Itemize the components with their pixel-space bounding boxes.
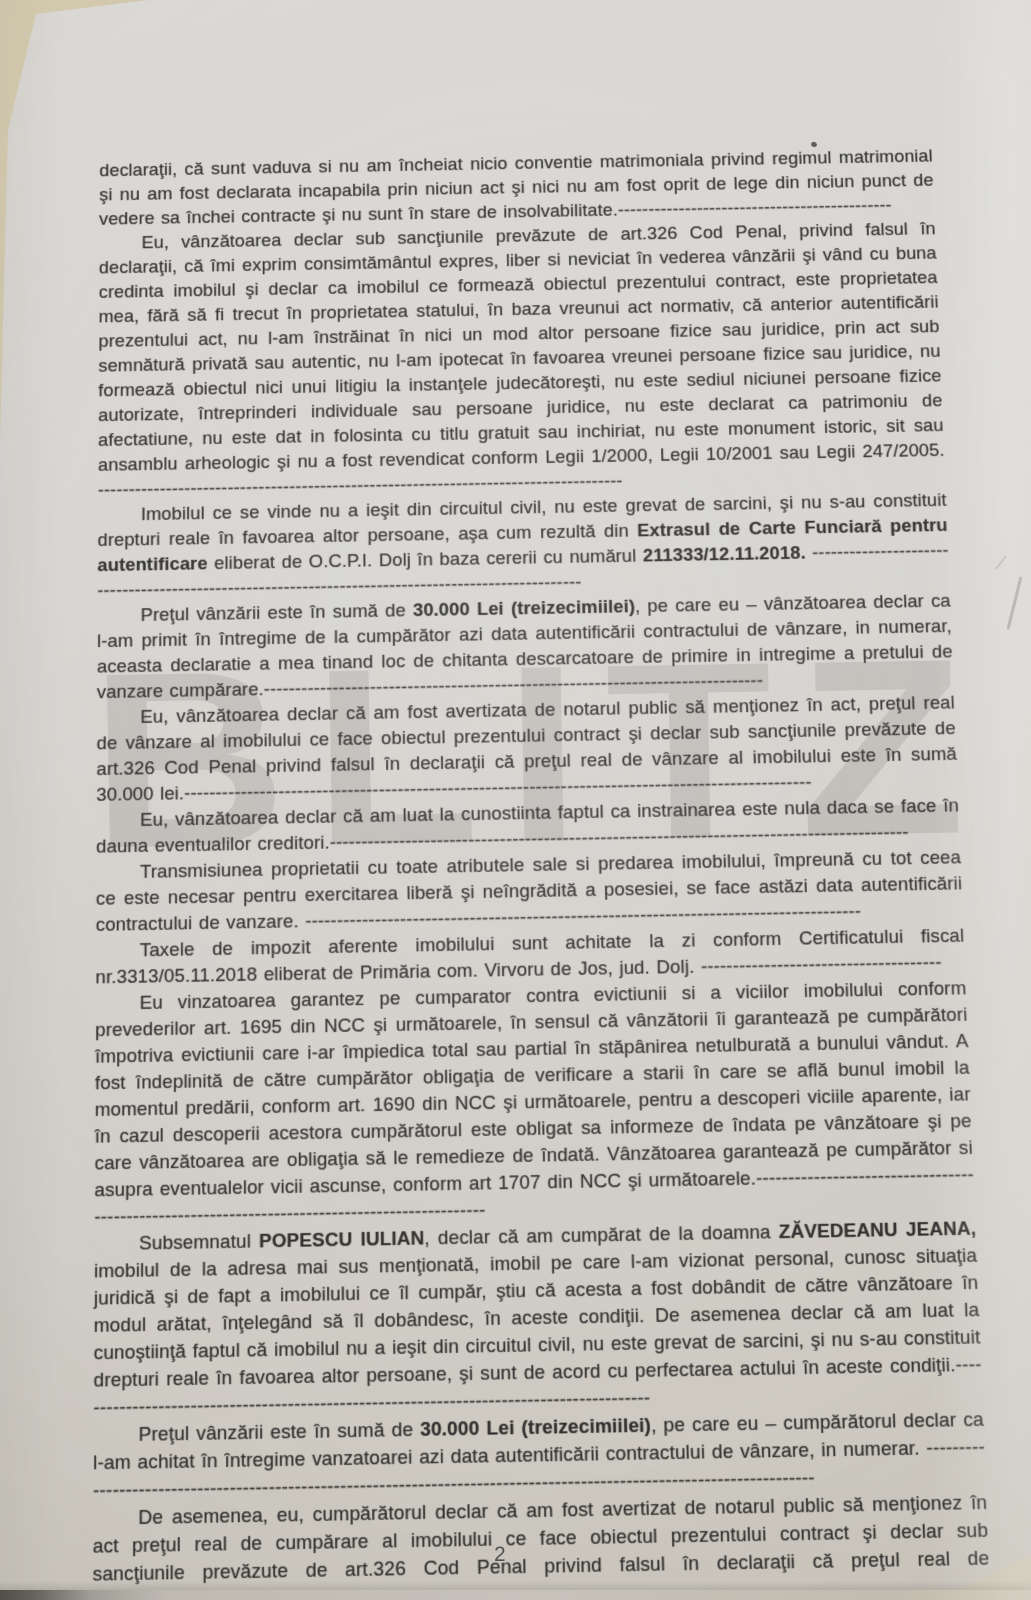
- bold-text-run: 211333/12.11.2018.: [643, 542, 806, 565]
- handwritten-margin-mark: [1007, 576, 1023, 629]
- text-run: imobilul de la adresa mai sus menţionată…: [93, 1244, 982, 1418]
- bold-text-run: POPESCU IULIAN: [259, 1227, 425, 1252]
- bold-text-run: 30.000 Lei (treizecimiilei): [413, 596, 635, 620]
- text-run: Preţul vânzării este în sumă de: [139, 1418, 421, 1445]
- text-run: eliberat de O.C.P.I. Dolj în baza cereri…: [208, 545, 644, 573]
- text-run: , declar că am cumpărat de la doamna: [424, 1221, 779, 1249]
- handwritten-margin-mark-small: [995, 555, 1007, 570]
- paragraph: Eu, vânzătoarea declar că am fost averti…: [96, 690, 958, 808]
- page-bottom-edge-shadow: [0, 1590, 1031, 1600]
- text-run: Eu vinzatoarea garantez pe cumparator co…: [94, 977, 974, 1227]
- text-run: Eu, vânzătoarea declar că am fost averti…: [96, 692, 957, 805]
- paragraph: De asemenea, eu, cumpărătorul declar că …: [92, 1489, 989, 1589]
- bold-text-run: ZĂVEDEANU JEANA,: [778, 1217, 976, 1242]
- paragraph: Eu, vânzătoarea declar sub sancţiunile p…: [98, 216, 946, 502]
- paragraph: Eu vinzatoarea garantez pe cumparator co…: [94, 975, 975, 1231]
- text-run: Eu, vânzătoarea declar sub sancţiunile p…: [98, 218, 945, 499]
- paragraph: Preţul vânzării este în sumă de 30.000 L…: [93, 1406, 987, 1505]
- document-body: declaraţii, că sunt vaduva si nu am înch…: [92, 144, 989, 1588]
- text-run: declaraţii, că sunt vaduva si nu am înch…: [99, 146, 934, 229]
- text-run: Preţul vânzării este în sumă de: [141, 600, 413, 625]
- text-run: Subsemnatul: [139, 1230, 259, 1254]
- paragraph: Subsemnatul POPESCU IULIAN, declar că am…: [93, 1215, 983, 1422]
- paragraph: Preţul vânzării este în sumă de 30.000 L…: [97, 588, 954, 705]
- bold-text-run: 30.000 Lei (treizecimiilei): [420, 1414, 651, 1440]
- page-number: 2: [494, 1543, 507, 1567]
- paragraph: Imobilul ce se vinde nu a ieşit din circ…: [97, 488, 950, 604]
- text-run: De asemenea, eu, cumpărătorul declar că …: [92, 1491, 989, 1585]
- text-run: Transmisiunea proprietatii cu toate atri…: [96, 846, 963, 935]
